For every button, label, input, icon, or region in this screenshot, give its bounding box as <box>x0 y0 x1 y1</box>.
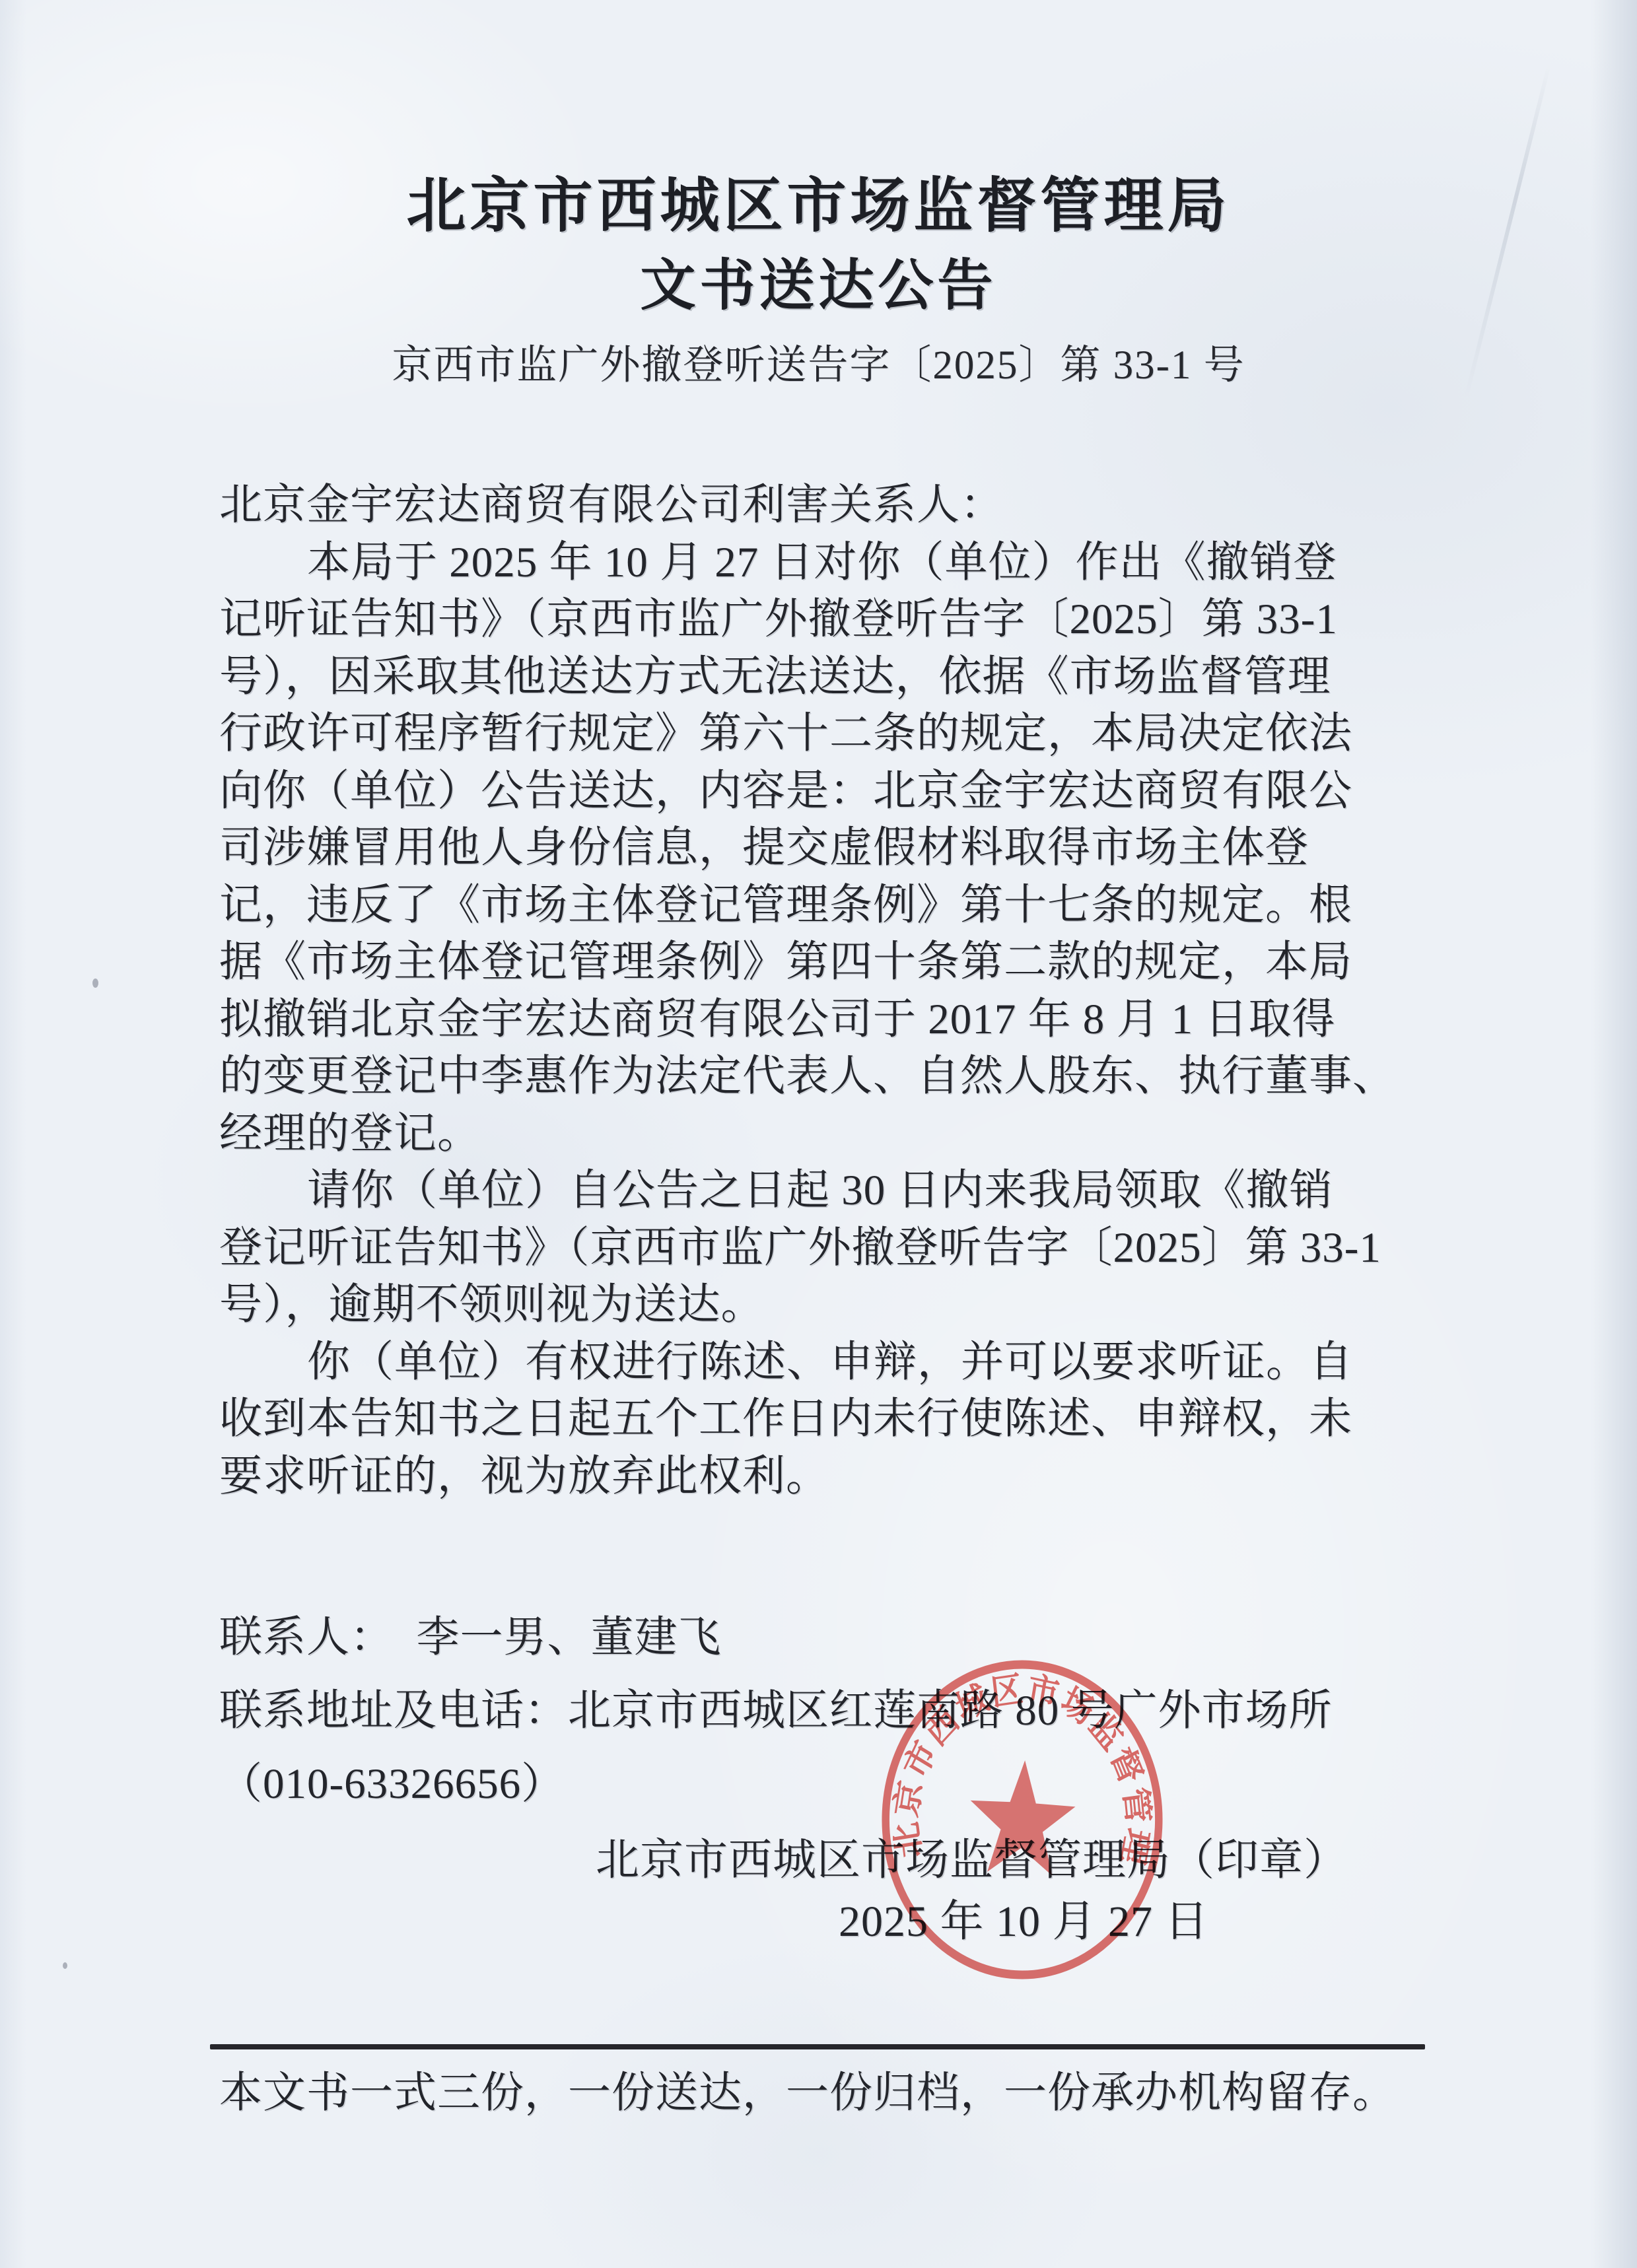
scan-speck-artifact <box>92 979 98 988</box>
body-line: 北京金宇宏达商贸有限公司利害关系人： <box>219 477 1418 534</box>
body-line: 记，违反了《市场主体登记管理条例》第十七条的规定。根 <box>219 877 1418 934</box>
body-line: 本局于 2025 年 10 月 27 日对你（单位）作出《撤销登 <box>219 534 1418 592</box>
body-line: 记听证告知书》（京西市监广外撤登听告字〔2025〕第 33-1 <box>219 591 1418 648</box>
body-line: 号），因采取其他送达方式无法送达，依据《市场监督管理 <box>219 648 1418 706</box>
body-line: 你（单位）有权进行陈述、申辩，并可以要求听证。自 <box>219 1334 1418 1391</box>
document-body: 北京金宇宏达商贸有限公司利害关系人： 本局于 2025 年 10 月 27 日对… <box>219 477 1418 1505</box>
seal-star-icon <box>967 1757 1078 1876</box>
body-line: 经理的登记。 <box>219 1105 1418 1163</box>
document-number: 京西市监广外撤登听送告字〔2025〕第 33-1 号 <box>0 345 1637 386</box>
body-line: 收到本告知书之日起五个工作日内未行使陈述、申辩权，未 <box>219 1391 1418 1448</box>
scanned-document-page: 北京市西城区市场监督管理局 文书送达公告 京西市监广外撤登听送告字〔2025〕第… <box>0 0 1637 2268</box>
official-seal-stamp: 北京市西城区市场监督管理局 <box>870 1646 1175 1993</box>
body-line: 司涉嫌冒用他人身份信息，提交虚假材料取得市场主体登 <box>219 819 1418 877</box>
body-line: 号），逾期不领则视为送达。 <box>219 1276 1418 1334</box>
body-line: 的变更登记中李惠作为法定代表人、自然人股东、执行董事、 <box>219 1048 1418 1105</box>
body-line: 行政许可程序暂行规定》第六十二条的规定，本局决定依法 <box>219 705 1418 763</box>
body-line: 请你（单位）自公告之日起 30 日内来我局领取《撤销 <box>219 1162 1418 1220</box>
body-line: 登记听证告知书》（京西市监广外撤登听告字〔2025〕第 33-1 <box>219 1220 1418 1277</box>
scan-speck-artifact <box>63 1962 67 1969</box>
document-title-line2: 文书送达公告 <box>0 259 1637 314</box>
body-line: 向你（单位）公告送达，内容是：北京金宇宏达商贸有限公 <box>219 763 1418 820</box>
body-line: 据《市场主体登记管理条例》第四十条第二款的规定，本局 <box>219 934 1418 991</box>
document-title-line1: 北京市西城区市场监督管理局 <box>0 177 1637 236</box>
body-line: 拟撤销北京金宇宏达商贸有限公司于 2017 年 8 月 1 日取得 <box>219 991 1418 1048</box>
footer-note: 本文书一式三份，一份送达，一份归档，一份承办机构留存。 <box>219 2072 1396 2115</box>
body-line: 要求听证的，视为放弃此权利。 <box>219 1448 1418 1505</box>
footer-divider-rule <box>210 2044 1425 2049</box>
